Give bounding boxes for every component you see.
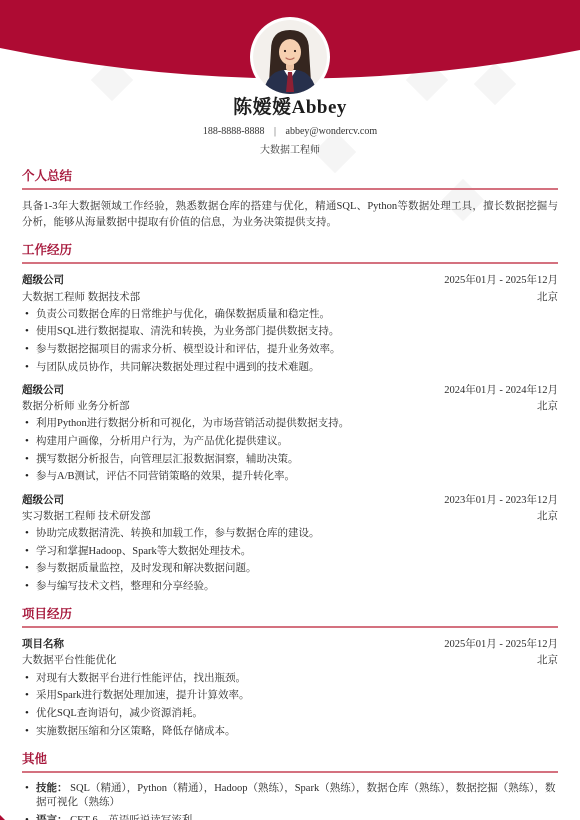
city: 北京 [537,653,558,668]
work-entry: 超级公司 2025年01月 - 2025年12月 大数据工程师 数据技术部 北京… [22,273,558,375]
contact-line: 188-8888-8888 | abbey@wondercv.com [0,126,580,137]
bullet-item: 使用SQL进行数据提取、清洗和转换，为业务部门提供数据支持。 [22,325,558,339]
skills-text: SQL（精通），Python（精通），Hadoop（熟练），Spark（熟练），… [36,783,555,808]
language-text: CET-6，英语听说读写流利 [70,815,192,820]
section-heading-other: 其他 [22,752,558,773]
bullet-item: 利用Python进行数据分析和可视化，为市场营销活动提供数据支持。 [22,417,558,431]
project-entry: 项目名称 2025年01月 - 2025年12月 大数据平台性能优化 北京 对现… [22,637,558,739]
role-department: 大数据工程师 数据技术部 [22,290,140,305]
role-department: 实习数据工程师 技术研发部 [22,509,151,524]
bullet-item: 学习和掌握Hadoop、Spark等大数据处理技术。 [22,545,558,559]
date-range: 2025年01月 - 2025年12月 [444,637,558,652]
bullet-list: 协助完成数据清洗、转换和加载工作，参与数据仓库的建设。 学习和掌握Hadoop、… [22,527,558,594]
work-entry: 超级公司 2024年01月 - 2024年12月 数据分析师 业务分析部 北京 … [22,383,558,485]
bullet-list: 利用Python进行数据分析和可视化，为市场营销活动提供数据支持。 构建用户画像… [22,417,558,484]
company-name: 超级公司 [22,273,64,288]
date-range: 2024年01月 - 2024年12月 [444,383,558,398]
company-name: 超级公司 [22,383,64,398]
language-item: 语言： CET-6，英语听说读写流利 [22,814,558,820]
project-subtitle: 大数据平台性能优化 [22,653,117,668]
city: 北京 [537,509,558,524]
bullet-item: 对现有大数据平台进行性能评估，找出瓶颈。 [22,672,558,686]
bullet-item: 负责公司数据仓库的日常维护与优化，确保数据质量和稳定性。 [22,308,558,322]
bullet-item: 参与A/B测试，评估不同营销策略的效果，提升转化率。 [22,470,558,484]
resume-page: 陈嫒嫒Abbey 188-8888-8888 | abbey@wondercv.… [0,0,580,820]
contact-separator: | [274,126,276,137]
bullet-item: 参与编写技术文档，整理和分享经验。 [22,580,558,594]
company-name: 超级公司 [22,493,64,508]
bullet-item: 实施数据压缩和分区策略，降低存储成本。 [22,725,558,739]
bullet-list: 负责公司数据仓库的日常维护与优化，确保数据质量和稳定性。 使用SQL进行数据提取… [22,308,558,375]
section-heading-work: 工作经历 [22,243,558,264]
bullet-item: 构建用户画像，分析用户行为，为产品优化提供建议。 [22,435,558,449]
phone-number: 188-8888-8888 [203,126,265,137]
person-title: 大数据工程师 [0,141,580,156]
avatar-photo [253,20,327,94]
language-label: 语言： [36,815,68,820]
section-heading-projects: 项目经历 [22,607,558,628]
bullet-item: 参与数据挖掘项目的需求分析、模型设计和评估，提升业务效率。 [22,343,558,357]
skills-label: 技能： [36,783,68,794]
skills-item: 技能： SQL（精通），Python（精通），Hadoop（熟练），Spark（… [22,782,558,810]
role-department: 数据分析师 业务分析部 [22,399,130,414]
work-entry: 超级公司 2023年01月 - 2023年12月 实习数据工程师 技术研发部 北… [22,493,558,595]
bullet-item: 采用Spark进行数据处理加速，提升计算效率。 [22,689,558,703]
person-name: 陈嫒嫒Abbey [0,97,580,120]
date-range: 2025年01月 - 2025年12月 [444,273,558,288]
avatar [253,20,327,94]
section-heading-summary: 个人总结 [22,169,558,190]
bullet-item: 协助完成数据清洗、转换和加载工作，参与数据仓库的建设。 [22,527,558,541]
resume-body: 个人总结 具备1-3年大数据领域工作经验，熟悉数据仓库的搭建与优化，精通SQL、… [0,169,580,820]
city: 北京 [537,290,558,305]
bullet-item: 与团队成员协作，共同解决数据处理过程中遇到的技术难题。 [22,361,558,375]
bullet-list: 对现有大数据平台进行性能评估，找出瓶颈。 采用Spark进行数据处理加速，提升计… [22,672,558,739]
bullet-item: 撰写数据分析报告，向管理层汇报数据洞察，辅助决策。 [22,453,558,467]
summary-text: 具备1-3年大数据领域工作经验，熟悉数据仓库的搭建与优化，精通SQL、Pytho… [22,199,558,231]
bullet-item: 优化SQL查询语句，减少资源消耗。 [22,707,558,721]
bullet-item: 参与数据质量监控，及时发现和解决数据问题。 [22,562,558,576]
date-range: 2023年01月 - 2023年12月 [444,493,558,508]
city: 北京 [537,399,558,414]
other-list: 技能： SQL（精通），Python（精通），Hadoop（熟练），Spark（… [22,782,558,820]
email-address: abbey@wondercv.com [286,126,378,137]
project-name: 项目名称 [22,637,64,652]
